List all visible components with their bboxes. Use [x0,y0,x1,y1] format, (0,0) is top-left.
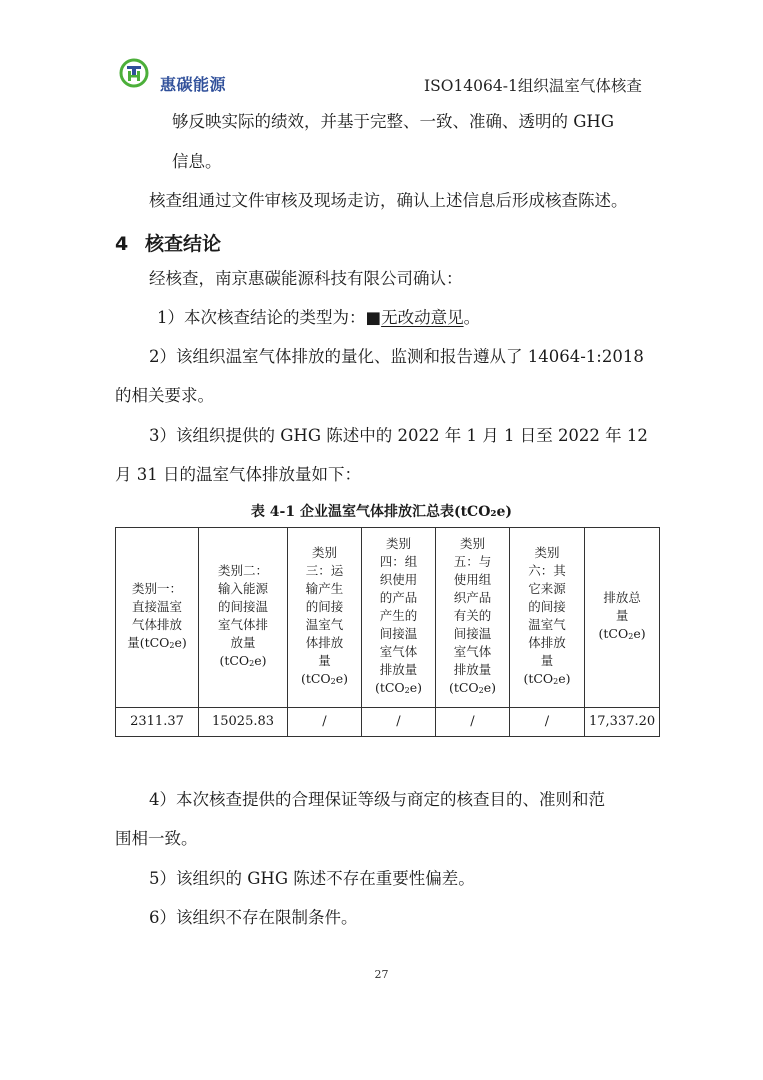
paragraph-line: 够反映实际的绩效，并基于完整、一致、准确、透明的 GHG [172,111,614,133]
header-line: 排放量 [440,661,505,679]
header-line: 类别 [514,544,580,562]
header-line: 排放总 [589,589,655,607]
conclusion-item-2-cont: 的相关要求。 [115,385,214,407]
header-line: 织使用 [366,571,431,589]
value-category-3: / [288,708,362,737]
header-line: 四：组 [366,553,431,571]
header-line: 的间接 [292,598,357,616]
header-category-2: 类别二：输入能源的间接温室气体排放量(tCO2e) [199,528,288,708]
header-line: 类别二： [203,562,283,580]
header-line: (tCO2e) [440,679,505,700]
header-line: 的间接温 [203,598,283,616]
section-number: 4 [115,233,145,255]
header-line: 它来源 [514,580,580,598]
header-line: 类别一： [120,580,194,598]
header-line: 有关的 [440,607,505,625]
item-text: 1）本次核查结论的类型为：■ [157,308,381,327]
value-category-5: / [436,708,510,737]
header-line: (tCO2e) [514,670,580,691]
header-line: 类别 [366,535,431,553]
conclusion-type-value: 无改动意见 [381,308,464,327]
header-line: 输产生 [292,580,357,598]
header-line: 使用组 [440,571,505,589]
section-title: 核查结论 [145,233,221,255]
conclusion-item-6: 6）该组织不存在限制条件。 [149,907,358,929]
conclusion-item-1: 1）本次核查结论的类型为：■无改动意见。 [157,307,480,329]
header-line: 室气体 [440,643,505,661]
value-category-6: / [510,708,585,737]
section-heading: 4核查结论 [115,229,221,256]
header-line: 排放量 [366,661,431,679]
header-line: 量 [292,652,357,670]
emissions-summary-table: 类别一：直接温室气体排放量(tCO2e) 类别二：输入能源的间接温室气体排放量(… [115,527,660,737]
header-line: 三：运 [292,562,357,580]
header-total: 排放总量(tCO2e) [585,528,660,708]
header-category-5: 类别五：与使用组织产品有关的间接温室气体排放量(tCO2e) [436,528,510,708]
header-line: 类别 [440,535,505,553]
conclusion-item-4-cont: 围相一致。 [115,828,198,850]
item-suffix: 。 [464,308,481,327]
header-line: 体排放 [292,634,357,652]
header-line: 的产品 [366,589,431,607]
header-line: 五：与 [440,553,505,571]
header-category-6: 类别六：其它来源的间接温室气体排放量(tCO2e) [510,528,585,708]
paragraph-line: 信息。 [172,151,222,173]
header-line: 输入能源 [203,580,283,598]
header-line: 气体排放 [120,616,194,634]
company-logo-icon [119,58,149,88]
header-line: 类别 [292,544,357,562]
header-category-1: 类别一：直接温室气体排放量(tCO2e) [116,528,199,708]
header-line: 直接温室 [120,598,194,616]
header-category-3: 类别三：运输产生的间接温室气体排放量(tCO2e) [288,528,362,708]
conclusion-item-3: 3）该组织提供的 GHG 陈述中的 2022 年 1 月 1 日至 2022 年… [149,425,648,447]
document-header-title: ISO14064-1组织温室气体核查 [424,74,642,96]
header-line: 量 [514,652,580,670]
header-line: 的间接 [514,598,580,616]
conclusion-item-4: 4）本次核查提供的合理保证等级与商定的核查目的、准则和范 [149,789,605,811]
header-line: 室气体排 [203,616,283,634]
header-line: (tCO2e) [589,625,655,646]
value-category-2: 15025.83 [199,708,288,737]
paragraph: 经核查，南京惠碳能源科技有限公司确认： [149,268,463,290]
header-line: (tCO2e) [203,652,283,673]
value-total: 17,337.20 [585,708,660,737]
header-line: 温室气 [292,616,357,634]
header-line: 量 [589,607,655,625]
paragraph: 核查组通过文件审核及现场走访，确认上述信息后形成核查陈述。 [149,190,628,212]
header-line: 放量 [203,634,283,652]
header-line: 体排放 [514,634,580,652]
header-category-4: 类别四：组织使用的产品产生的间接温室气体排放量(tCO2e) [362,528,436,708]
table-row: 2311.37 15025.83 / / / / 17,337.20 [116,708,660,737]
header-line: 量(tCO2e) [120,634,194,655]
header-line: 间接温 [366,625,431,643]
conclusion-item-2: 2）该组织温室气体排放的量化、监测和报告遵从了 14064-1:2018 [149,346,644,368]
header-line: 织产品 [440,589,505,607]
table-header-row: 类别一：直接温室气体排放量(tCO2e) 类别二：输入能源的间接温室气体排放量(… [116,528,660,708]
value-category-4: / [362,708,436,737]
header-line: 温室气 [514,616,580,634]
header-line: 产生的 [366,607,431,625]
header-line: (tCO2e) [292,670,357,691]
header-line: (tCO2e) [366,679,431,700]
header-line: 间接温 [440,625,505,643]
conclusion-item-3-cont: 月 31 日的温室气体排放量如下： [115,464,361,486]
header-line: 六：其 [514,562,580,580]
header-line: 室气体 [366,643,431,661]
table-caption: 表 4-1 企业温室气体排放汇总表(tCO₂e) [0,501,763,521]
brand-name: 惠碳能源 [160,72,226,95]
conclusion-item-5: 5）该组织的 GHG 陈述不存在重要性偏差。 [149,868,475,890]
value-category-1: 2311.37 [116,708,199,737]
page-number: 27 [0,968,763,981]
